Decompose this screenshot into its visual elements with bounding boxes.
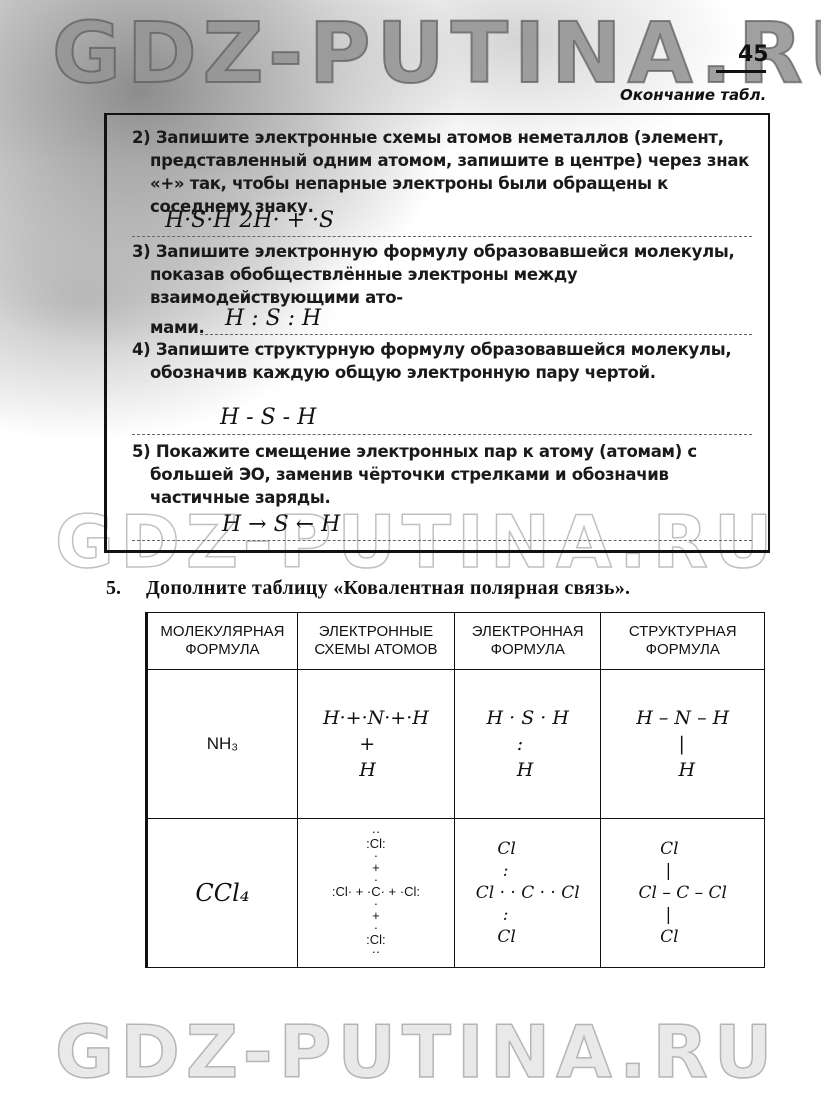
- answer-5: H → S ← H: [222, 512, 340, 537]
- watermark-bottom: GDZ-PUTINA.RU: [55, 1010, 778, 1094]
- cell-electronic: H · S · H : H: [454, 670, 600, 819]
- question-2: 2) Запишите электронные схемы атомов нем…: [132, 126, 770, 218]
- cell-schemes: H·+·N·+·H + H: [297, 670, 454, 819]
- answer-line-3: [200, 334, 752, 335]
- task-number: 5.: [106, 577, 121, 600]
- header-electronic-formula: Электронная формула: [454, 613, 600, 670]
- schemes-ccl4: ·· :Cl: · + · :Cl· + ·C· + ·Cl: · + · :C…: [332, 826, 420, 958]
- continuation-label: Окончание табл.: [620, 86, 766, 104]
- question-3-tail: мами.: [150, 316, 204, 339]
- task-title: Дополните таблицу «Ковалентная полярная …: [146, 577, 630, 600]
- cell-electronic: Cl : Cl · · C · · Cl : Cl: [454, 819, 600, 968]
- cell-structural: Cl | Cl – C – Cl | Cl: [601, 819, 765, 968]
- molecular-formula-ccl4: CCl₄: [195, 880, 249, 906]
- table-row: NH₃ H·+·N·+·H + H H · S · H : H H – N – …: [147, 670, 765, 819]
- cell-molecular: CCl₄: [147, 819, 298, 968]
- answer-line-5: [132, 540, 752, 541]
- page-number: 45: [738, 42, 769, 67]
- page-number-rule: [716, 70, 766, 73]
- molecular-formula-nh3: NH₃: [207, 734, 238, 753]
- answer-line-4: [132, 434, 752, 435]
- structural-nh3: H – N – H | H: [636, 705, 729, 783]
- cell-schemes: ·· :Cl: · + · :Cl· + ·C· + ·Cl: · + · :C…: [297, 819, 454, 968]
- answer-3: H : S : H: [225, 306, 321, 331]
- answer-2: H·S·H 2H· + ·S: [165, 208, 334, 233]
- cell-structural: H – N – H | H: [601, 670, 765, 819]
- structural-ccl4: Cl | Cl – C – Cl | Cl: [638, 838, 727, 948]
- cell-molecular: NH₃: [147, 670, 298, 819]
- table-row: CCl₄ ·· :Cl: · + · :Cl· + ·C· + ·Cl: · +…: [147, 819, 765, 968]
- answer-line-2: [132, 236, 752, 237]
- table-header-row: Молекулярная формула Электронные схемы а…: [147, 613, 765, 670]
- covalent-polar-bond-table: Молекулярная формула Электронные схемы а…: [145, 612, 765, 968]
- question-3: 3) Запишите электронную формулу образова…: [132, 240, 770, 309]
- question-4: 4) Запишите структурную формулу образова…: [132, 338, 770, 384]
- electronic-nh3: H · S · H : H: [487, 705, 569, 783]
- schemes-nh3: H·+·N·+·H + H: [323, 705, 429, 783]
- question-5: 5) Покажите смещение электронных пар к а…: [132, 440, 770, 509]
- header-molecular-formula: Молекулярная формула: [147, 613, 298, 670]
- answer-4: H - S - H: [220, 405, 316, 430]
- header-electron-schemes: Электронные схемы атомов: [297, 613, 454, 670]
- header-structural-formula: Структурная формула: [601, 613, 765, 670]
- electronic-ccl4: Cl : Cl · · C · · Cl : Cl: [476, 838, 580, 948]
